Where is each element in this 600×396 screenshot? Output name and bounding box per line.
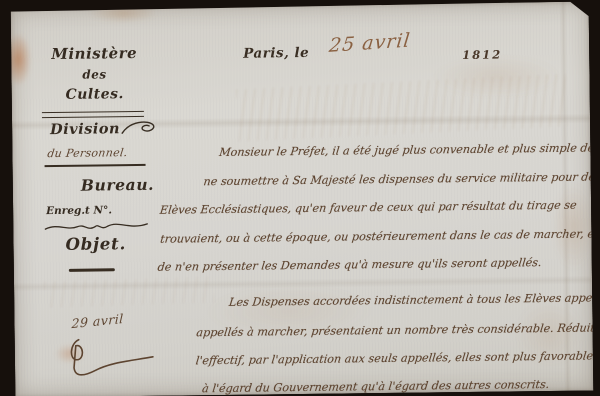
body-line: appellés à marcher, présentaient un nomb…: [196, 321, 600, 339]
ministry-line: Ministère: [35, 43, 153, 65]
stain-decoration: [5, 32, 32, 86]
photo-background: Ministère des Cultes. Division du Person…: [0, 0, 600, 396]
body-line: de n'en présenter les Demandes qu'à mesu…: [157, 256, 542, 274]
body-line: l'effectif, par l'application aux seuls …: [195, 349, 600, 367]
ink-bleedthrough: [44, 277, 215, 308]
objet-dash: [69, 268, 115, 271]
body-line: Monsieur le Préfet, il a été jugé plus c…: [218, 141, 594, 159]
body-paragraph-2: Les Dispenses accordées indistinctement …: [11, 1, 589, 8]
division-label: Division: [50, 120, 120, 138]
ministry-name: Ministère des Cultes.: [35, 43, 154, 106]
fold-crease: [14, 275, 592, 291]
dateline-handwritten-date: 25 avril: [328, 29, 412, 56]
objet-label: Objet.: [65, 234, 126, 254]
letterhead-double-rule: [42, 111, 144, 118]
dateline-place: Paris, le: [243, 45, 309, 62]
stain-decoration: [89, 3, 159, 24]
secretary-paraph-icon: [65, 335, 158, 382]
ministry-line: des: [35, 64, 153, 85]
body-line: Les Dispenses accordées indistinctement …: [228, 291, 600, 309]
division-flourish-icon: [120, 119, 158, 139]
body-paragraph-1: Monsieur le Préfet, il a été jugé plus c…: [11, 1, 589, 8]
dateline-year: 1812: [462, 48, 502, 62]
division-underline: [45, 164, 146, 167]
ink-bleedthrough: [236, 74, 568, 141]
bureau-label: Bureau.: [81, 175, 155, 195]
body-line: trouvaient, ou à cette époque, ou postér…: [160, 227, 600, 245]
body-line: à l'égard du Gouvernement qu'à l'égard d…: [201, 378, 550, 395]
body-line: ne soumettre à Sa Majesté les dispenses …: [203, 170, 600, 188]
letter-paper: Ministère des Cultes. Division du Person…: [11, 1, 594, 396]
registry-label: Enreg.t N°.: [46, 204, 112, 217]
body-line: Elèves Ecclésiastiques, qu'en faveur de …: [159, 199, 577, 217]
division-value: du Personnel.: [47, 146, 129, 160]
margin-date-note: 29 avril: [71, 311, 124, 331]
ministry-line: Cultes.: [36, 84, 154, 106]
registry-flourish-icon: [43, 219, 149, 234]
